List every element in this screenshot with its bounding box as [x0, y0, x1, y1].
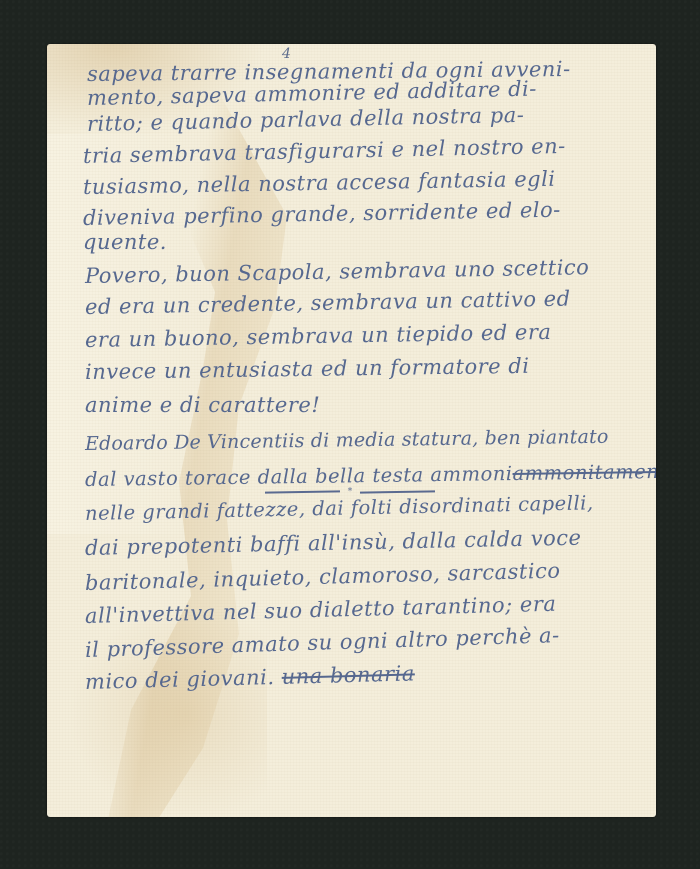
struck-text: una bonaria: [281, 661, 415, 688]
line-text: baritonale, inquieto, clamoroso, sarcast…: [85, 559, 561, 595]
manuscript-line-13: Edoardo De Vincentiis di media statura, …: [85, 426, 609, 455]
manuscript-line-6: diveniva perfino grande, sorridente ed e…: [83, 198, 561, 230]
line-text: mico dei giovani.: [85, 665, 275, 694]
line-text: all'invettiva nel suo dialetto tarantino…: [85, 592, 557, 628]
manuscript-line-10: era un buono, sembrava un tiepido ed era: [85, 320, 552, 352]
manuscript-line-9: ed era un credente, sembrava un cattivo …: [85, 287, 571, 319]
line-text: tusiasmo, nella nostra accesa fantasia e…: [83, 167, 556, 199]
manuscript-line-16: dai prepotenti baffi all'insù, dalla cal…: [85, 526, 582, 560]
line-text: quente.: [83, 230, 167, 254]
manuscript-line-8: Povero, buon Scapola, sembrava uno scett…: [85, 255, 590, 288]
line-text: anime e di carattere!: [85, 393, 320, 417]
manuscript-line-4: tria sembrava trasfigurarsi e nel nostro…: [83, 134, 566, 168]
line-text: ed era un credente, sembrava un cattivo …: [85, 287, 571, 319]
separator-asterisk: *: [348, 488, 353, 497]
line-text: Edoardo De Vincentiis di media statura, …: [85, 426, 609, 455]
manuscript-line-14: dal vasto torace dalla bella testa ammon…: [85, 460, 656, 491]
line-text: dal vasto torace dalla bella testa ammon…: [85, 462, 513, 491]
line-text: era un buono, sembrava un tiepido ed era: [85, 320, 552, 352]
line-text: tria sembrava trasfigurarsi e nel nostro…: [83, 134, 566, 168]
struck-text: ammonitamente: [512, 460, 656, 485]
manuscript-line-18: all'invettiva nel suo dialetto tarantino…: [85, 592, 557, 628]
manuscript-line-19: il professore amato su ogni altro perchè…: [85, 623, 560, 662]
manuscript-line-5: tusiasmo, nella nostra accesa fantasia e…: [83, 167, 556, 199]
line-text: il professore amato su ogni altro perchè…: [85, 623, 560, 662]
manuscript-line-12: anime e di carattere!: [85, 393, 320, 417]
line-text: dai prepotenti baffi all'insù, dalla cal…: [85, 526, 582, 560]
separator-dash-right: [360, 491, 435, 494]
manuscript-line-7: quente.: [83, 230, 167, 254]
line-text: invece un entusiasta ed un formatore di: [85, 354, 530, 384]
manuscript-line-20: mico dei giovani. una bonaria: [85, 661, 415, 694]
line-text: diveniva perfino grande, sorridente ed e…: [83, 198, 561, 230]
manuscript-line-11: invece un entusiasta ed un formatore di: [85, 354, 530, 384]
line-text: nelle grandi fattezze, dai folti disordi…: [85, 491, 594, 525]
separator-dash-left: [265, 491, 340, 494]
manuscript-page: 4 sapeva trarre insegnamenti da ogni avv…: [47, 44, 656, 817]
manuscript-line-17: baritonale, inquieto, clamoroso, sarcast…: [85, 559, 561, 595]
line-text: Povero, buon Scapola, sembrava uno scett…: [85, 255, 590, 288]
manuscript-line-15: nelle grandi fattezze, dai folti disordi…: [85, 491, 594, 525]
